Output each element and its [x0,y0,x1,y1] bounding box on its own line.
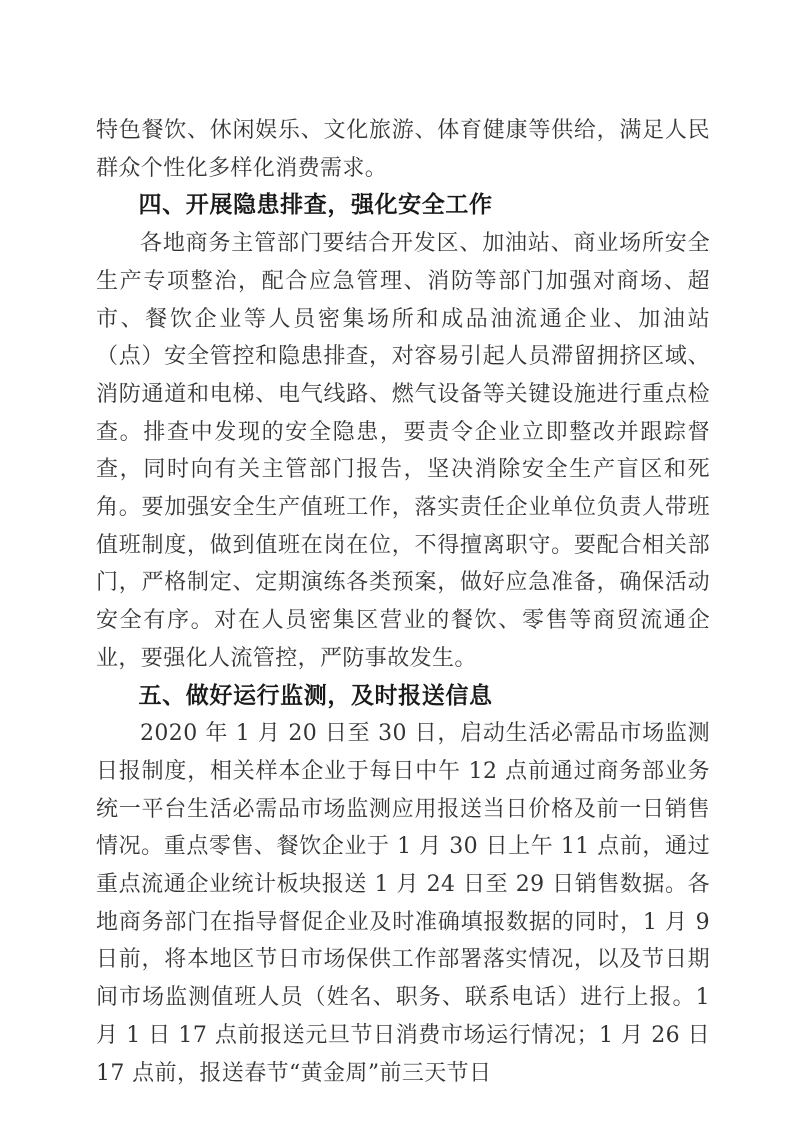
document-page: 特色餐饮、休闲娱乐、文化旅游、体育健康等供给，满足人民群众个性化多样化消费需求。… [0,0,800,1131]
section-heading-4: 四、开展隐患排查，强化安全工作 [96,187,710,225]
document-content: 特色餐饮、休闲娱乐、文化旅游、体育健康等供给，满足人民群众个性化多样化消费需求。… [96,112,710,1092]
section-heading-5: 五、做好运行监测，及时报送信息 [96,678,710,716]
paragraph-continuation: 特色餐饮、休闲娱乐、文化旅游、体育健康等供给，满足人民群众个性化多样化消费需求。 [96,112,710,187]
paragraph-section-5: 2020 年 1 月 20 日至 30 日，启动生活必需品市场监测日报制度，相关… [96,715,710,1092]
paragraph-section-4: 各地商务主管部门要结合开发区、加油站、商业场所安全生产专项整治，配合应急管理、消… [96,225,710,677]
